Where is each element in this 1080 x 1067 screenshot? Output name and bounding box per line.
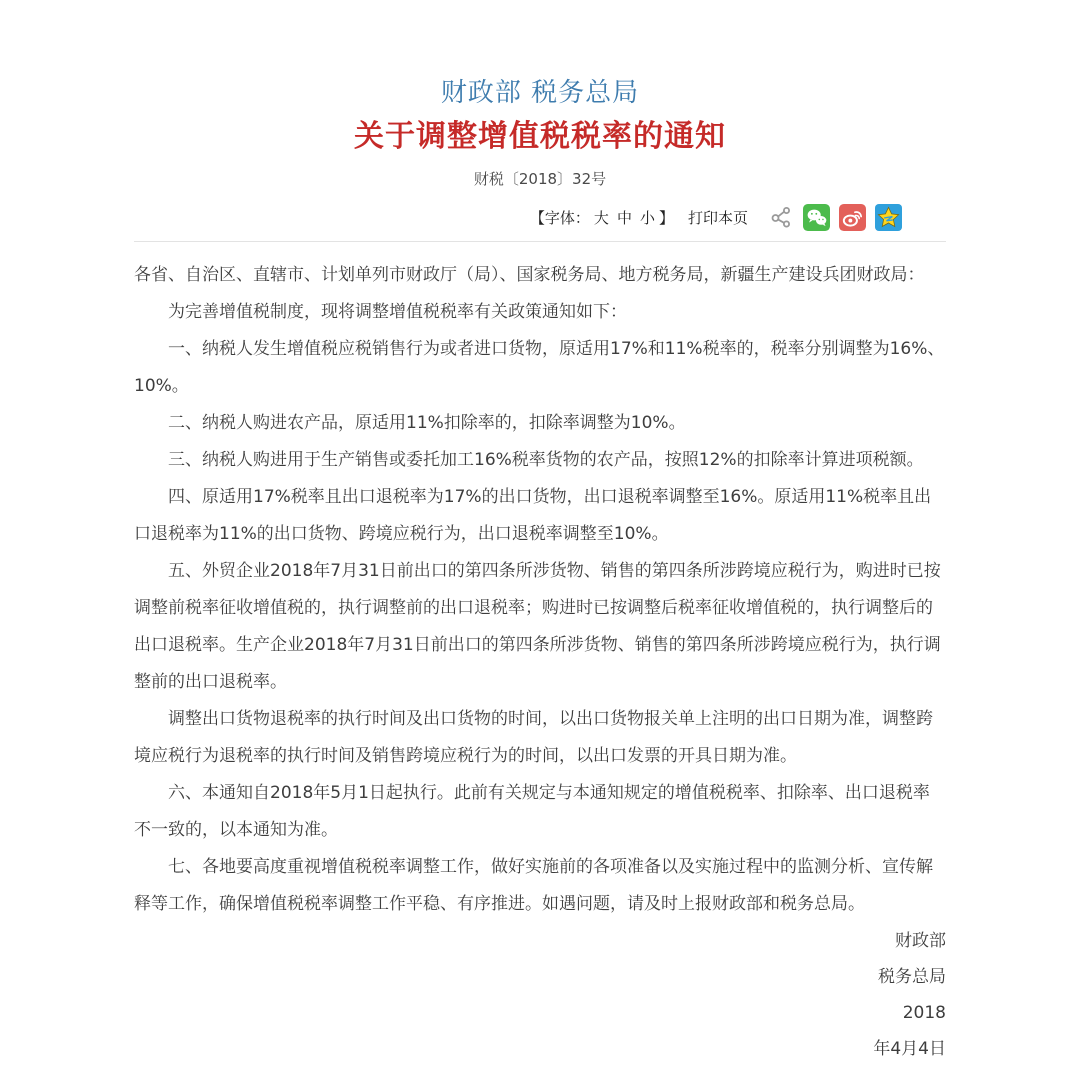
toolbar: 【字体： 大 中 小 】 打印本页 bbox=[134, 203, 946, 231]
signature-block: 财政部 税务总局 2018 年4月4日 bbox=[134, 923, 946, 1067]
share-icon-row bbox=[770, 204, 902, 231]
notice-paragraph: 一、纳税人发生增值税应税销售行为或者进口货物，原适用17%和11%税率的，税率分… bbox=[134, 331, 946, 405]
font-size-label-prefix: 【字体： bbox=[530, 207, 590, 228]
wechat-icon[interactable] bbox=[803, 204, 830, 231]
notice-paragraph: 三、纳税人购进用于生产销售或委托加工16%税率货物的农产品，按照12%的扣除率计… bbox=[134, 442, 946, 479]
qzone-star-icon[interactable] bbox=[875, 204, 902, 231]
share-icon[interactable] bbox=[770, 205, 794, 229]
notice-paragraph: 四、原适用17%税率且出口退税率为17%的出口货物，出口退税率调整至16%。原适… bbox=[134, 479, 946, 553]
font-size-label-suffix: 】 bbox=[659, 207, 674, 228]
font-size-small-button[interactable]: 小 bbox=[640, 207, 655, 228]
font-size-large-button[interactable]: 大 bbox=[594, 207, 609, 228]
notice-body: 各省、自治区、直辖市、计划单列市财政厅（局）、国家税务局、地方税务局，新疆生产建… bbox=[134, 257, 946, 923]
notice-paragraph: 为完善增值税制度，现将调整增值税税率有关政策通知如下： bbox=[134, 294, 946, 331]
notice-paragraph: 六、本通知自2018年5月1日起执行。此前有关规定与本通知规定的增值税税率、扣除… bbox=[134, 775, 946, 849]
notice-paragraph: 七、各地要高度重视增值税税率调整工作，做好实施前的各项准备以及实施过程中的监测分… bbox=[134, 849, 946, 923]
signature-date-year: 2018 bbox=[134, 995, 946, 1031]
signature-agency-1: 财政部 bbox=[134, 923, 946, 959]
font-size-medium-button[interactable]: 中 bbox=[617, 207, 632, 228]
notice-document: 财政部 税务总局 关于调整增值税税率的通知 财税〔2018〕32号 【字体： 大… bbox=[134, 0, 946, 1067]
doc-number: 财税〔2018〕32号 bbox=[134, 168, 946, 189]
notice-paragraph: 各省、自治区、直辖市、计划单列市财政厅（局）、国家税务局、地方税务局，新疆生产建… bbox=[134, 257, 946, 294]
divider bbox=[134, 241, 946, 242]
signature-date-day: 年4月4日 bbox=[134, 1031, 946, 1067]
notice-title: 关于调整增值税税率的通知 bbox=[134, 116, 946, 158]
print-page-button[interactable]: 打印本页 bbox=[688, 207, 748, 228]
agency-title: 财政部 税务总局 bbox=[134, 76, 946, 110]
notice-paragraph: 二、纳税人购进农产品，原适用11%扣除率的，扣除率调整为10%。 bbox=[134, 405, 946, 442]
signature-agency-2: 税务总局 bbox=[134, 959, 946, 995]
notice-paragraph: 调整出口货物退税率的执行时间及出口货物的时间，以出口货物报关单上注明的出口日期为… bbox=[134, 701, 946, 775]
weibo-icon[interactable] bbox=[839, 204, 866, 231]
notice-paragraph: 五、外贸企业2018年7月31日前出口的第四条所涉货物、销售的第四条所涉跨境应税… bbox=[134, 553, 946, 701]
